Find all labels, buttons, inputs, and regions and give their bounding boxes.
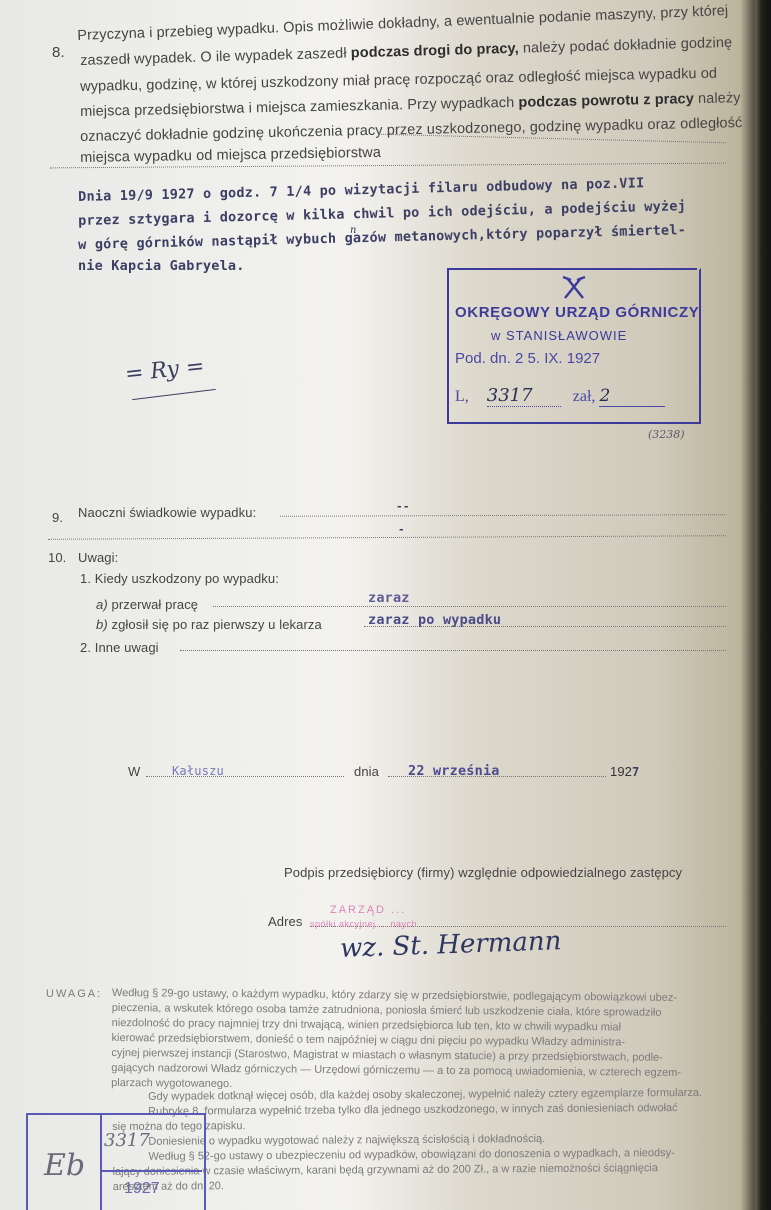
typed-description-line-4: nie Kapcia Gabryela.	[78, 258, 245, 274]
stamp-l-value: 3317	[487, 385, 561, 407]
stamp-received-date: Pod. dn. 2 5. IX. 1927	[455, 350, 600, 367]
stamp-zal-value: 2	[599, 386, 665, 407]
registry-stamp-divider	[100, 1113, 102, 1210]
section-10-label: Uwagi:	[78, 550, 118, 565]
stamp-side-note: (3238)	[648, 428, 685, 441]
address-label: Adres	[268, 914, 302, 929]
stamp-city: w STANISŁAWOWIE	[491, 328, 627, 343]
registry-stamp-divider	[102, 1170, 202, 1172]
section-10-number: 10.	[48, 550, 66, 565]
pink-company-stamp-line-2: spółki akcyjnej ... naych	[310, 919, 417, 929]
dotted-line	[378, 134, 726, 144]
date-year: 1927	[610, 764, 639, 779]
question-1: 1. Kiedy uszkodzony po wypadku:	[80, 571, 279, 586]
witness-value-1: --	[396, 500, 410, 513]
place-value: Kałuszu	[172, 764, 224, 778]
section-9-number: 9.	[52, 510, 63, 525]
registry-number: 3317	[104, 1130, 150, 1151]
section-8-number: 8.	[52, 44, 65, 61]
place-w-label: W	[128, 764, 140, 779]
mining-office-stamp: OKRĘGOWY URZĄD GÓRNICZY w STANISŁAWOWIE …	[447, 268, 701, 424]
stamp-l-label: L,	[455, 388, 469, 405]
answer-2-line	[180, 650, 726, 651]
question-1a-text: przerwał pracę	[111, 597, 198, 612]
initials-mark: = Ry =	[124, 354, 206, 387]
section-8-line-4c: należy	[698, 90, 741, 107]
crossed-hammers-icon	[561, 272, 587, 300]
question-1b-text: zgłosił się po raz pierwszy u lekarza	[111, 617, 321, 632]
accident-report-page: 8. Przyczyna i przebieg wypadku. Opis mo…	[0, 0, 755, 1210]
witness-line-2	[48, 535, 726, 540]
section-8-bold-powrotu: podczas powrotu z pracy	[518, 91, 694, 111]
section-8-line-6: miejsca wypadku od miejsca przedsiębiors…	[80, 145, 381, 166]
section-8-bold-drogi: podczas drogi do pracy,	[351, 41, 519, 62]
year-suffix: 7	[632, 765, 639, 779]
witness-value-2: -	[398, 523, 405, 536]
signature-label: Podpis przedsiębiorcy (firmy) względnie …	[284, 865, 682, 880]
handwritten-signature: wz. St. Hermann	[340, 926, 562, 964]
section-8-line-2c: należy podać dokładnie godzinę	[523, 35, 733, 57]
section-8-line-4a: miejsca przedsiębiorstwa i miejsca zamie…	[80, 95, 514, 120]
stamp-office-name: OKRĘGOWY URZĄD GÓRNICZY	[455, 304, 699, 321]
year-prefix: 192	[610, 764, 632, 779]
date-value: 22 września	[408, 763, 500, 779]
question-1a: a) przerwał pracę	[96, 597, 198, 612]
answer-1a-line	[213, 606, 726, 607]
initials-underline	[132, 389, 215, 400]
section-8-line-4: miejsca przedsiębiorstwa i miejsca zamie…	[80, 90, 741, 120]
date-dnia-label: dnia	[354, 764, 379, 779]
book-spine-shadow	[755, 0, 771, 1210]
handwritten-correction: n	[350, 225, 356, 236]
answer-1a-value: zaraz	[368, 590, 410, 606]
date-day-month: 22 września	[408, 763, 500, 779]
stamp-number-row: L, 3317 zał, 2	[455, 385, 665, 407]
answer-1b-value: zaraz po wypadku	[368, 612, 501, 628]
pink-company-stamp-line-1: ZARZĄD ...	[330, 904, 406, 916]
section-8-line-3: wypadku, godzinę, w której uszkodzony mi…	[80, 66, 717, 95]
section-9-label: Naoczni świadkowie wypadku:	[78, 505, 256, 520]
section-8-line-2a: zaszedł wypadek. O ile wypadek zaszedł	[80, 46, 347, 69]
stamp-zal-label: zał,	[573, 388, 596, 405]
question-2: 2. Inne uwagi	[80, 640, 159, 655]
question-1a-label: a)	[96, 597, 108, 612]
registry-initials: Eb	[44, 1148, 85, 1183]
question-1b: b) zgłosił się po raz pierwszy u lekarza	[96, 617, 322, 632]
registry-year: 1927	[124, 1180, 160, 1198]
witness-line-1	[280, 514, 725, 517]
uwaga-paragraph-1: Według § 29-go ustawy, o każdym wypadku,…	[111, 986, 682, 1096]
uwaga-label: UWAGA:	[46, 988, 102, 1000]
question-1b-label: b)	[96, 617, 108, 632]
